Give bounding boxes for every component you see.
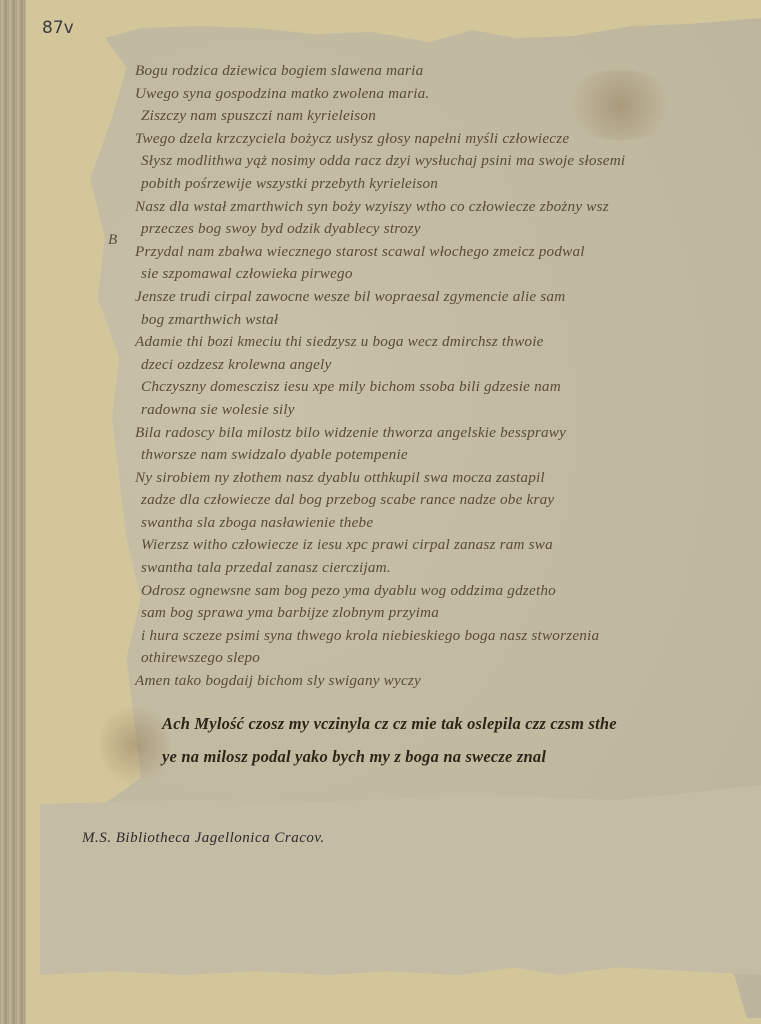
library-shelfmark-note: M.S. Bibliotheca Jagellonica Cracov. xyxy=(82,830,325,847)
text-line: Chczyszny domesczisz iesu xpe mily bicho… xyxy=(135,376,755,399)
addendum-line: Ach Mylość czosz my vczinyla cz cz mie t… xyxy=(162,707,761,740)
text-line: pobith pośrzewije wszystki przebyth kyri… xyxy=(135,173,755,196)
text-line: Uwego syna gospodzina matko zwolena mari… xyxy=(135,83,755,106)
addendum-line: ye na milosz podal yako bych my z boga n… xyxy=(162,740,761,773)
text-line: sam bog sprawa yma barbijze zlobnym przy… xyxy=(135,602,755,625)
text-line: swantha sla zboga nasławienie thebe xyxy=(135,512,755,535)
book-binding-edge xyxy=(0,0,27,1024)
text-line: Nasz dla wstał zmarthwich syn boży wzyis… xyxy=(135,196,755,219)
text-line: thworsze nam swidzalo dyable potempenie xyxy=(135,444,755,467)
text-line: Bogu rodzica dziewica bogiem slawena mar… xyxy=(135,60,755,83)
text-line: Amen tako bogdaij bichom sly swigany wyc… xyxy=(135,670,755,693)
manuscript-lower-fragment xyxy=(40,785,761,975)
manuscript-addendum: Ach Mylość czosz my vczinyla cz cz mie t… xyxy=(162,707,761,773)
manuscript-main-text: Bogu rodzica dziewica bogiem slawena mar… xyxy=(135,60,755,693)
water-stain xyxy=(100,700,170,790)
text-line: dzeci ozdzesz krolewna angely xyxy=(135,354,755,377)
text-line: Bila radoscy bila milostz bilo widzenie … xyxy=(135,422,755,445)
folio-number: 87v xyxy=(42,18,74,38)
text-line: swantha tala przedal zanasz cierczijam. xyxy=(135,557,755,580)
text-line: Adamie thi bozi kmeciu thi siedzysz u bo… xyxy=(135,331,755,354)
text-line: Słysz modlithwa yąż nosimy odda racz dzy… xyxy=(135,150,755,173)
text-line: zadze dla człowiecze dal bog przebog sca… xyxy=(135,489,755,512)
text-line: othirewszego slepo xyxy=(135,647,755,670)
text-line: Ziszczy nam spuszczi nam kyrieleison xyxy=(135,105,755,128)
text-line: Jensze trudi cirpal zawocne wesze bil wo… xyxy=(135,286,755,309)
text-line: Ny sirobiem ny złothem nasz dyablu otthk… xyxy=(135,467,755,490)
text-line: Wierzsz witho człowiecze iz iesu xpc pra… xyxy=(135,534,755,557)
text-line: radowna sie wolesie sily xyxy=(135,399,755,422)
marginal-note: B xyxy=(108,232,117,249)
text-line: przeczes bog swoy byd odzik dyablecy str… xyxy=(135,218,755,241)
text-line: Twego dzela krzczyciela bożycz usłysz gł… xyxy=(135,128,755,151)
text-line: sie szpomawal człowieka pirwego xyxy=(135,263,755,286)
text-line: Przydal nam zbałwa wiecznego starost sca… xyxy=(135,241,755,264)
text-line: bog zmarthwich wstał xyxy=(135,309,755,332)
text-line: Odrosz ognewsne sam bog pezo yma dyablu … xyxy=(135,580,755,603)
text-line: i hura sczeze psimi syna thwego krola ni… xyxy=(135,625,755,648)
